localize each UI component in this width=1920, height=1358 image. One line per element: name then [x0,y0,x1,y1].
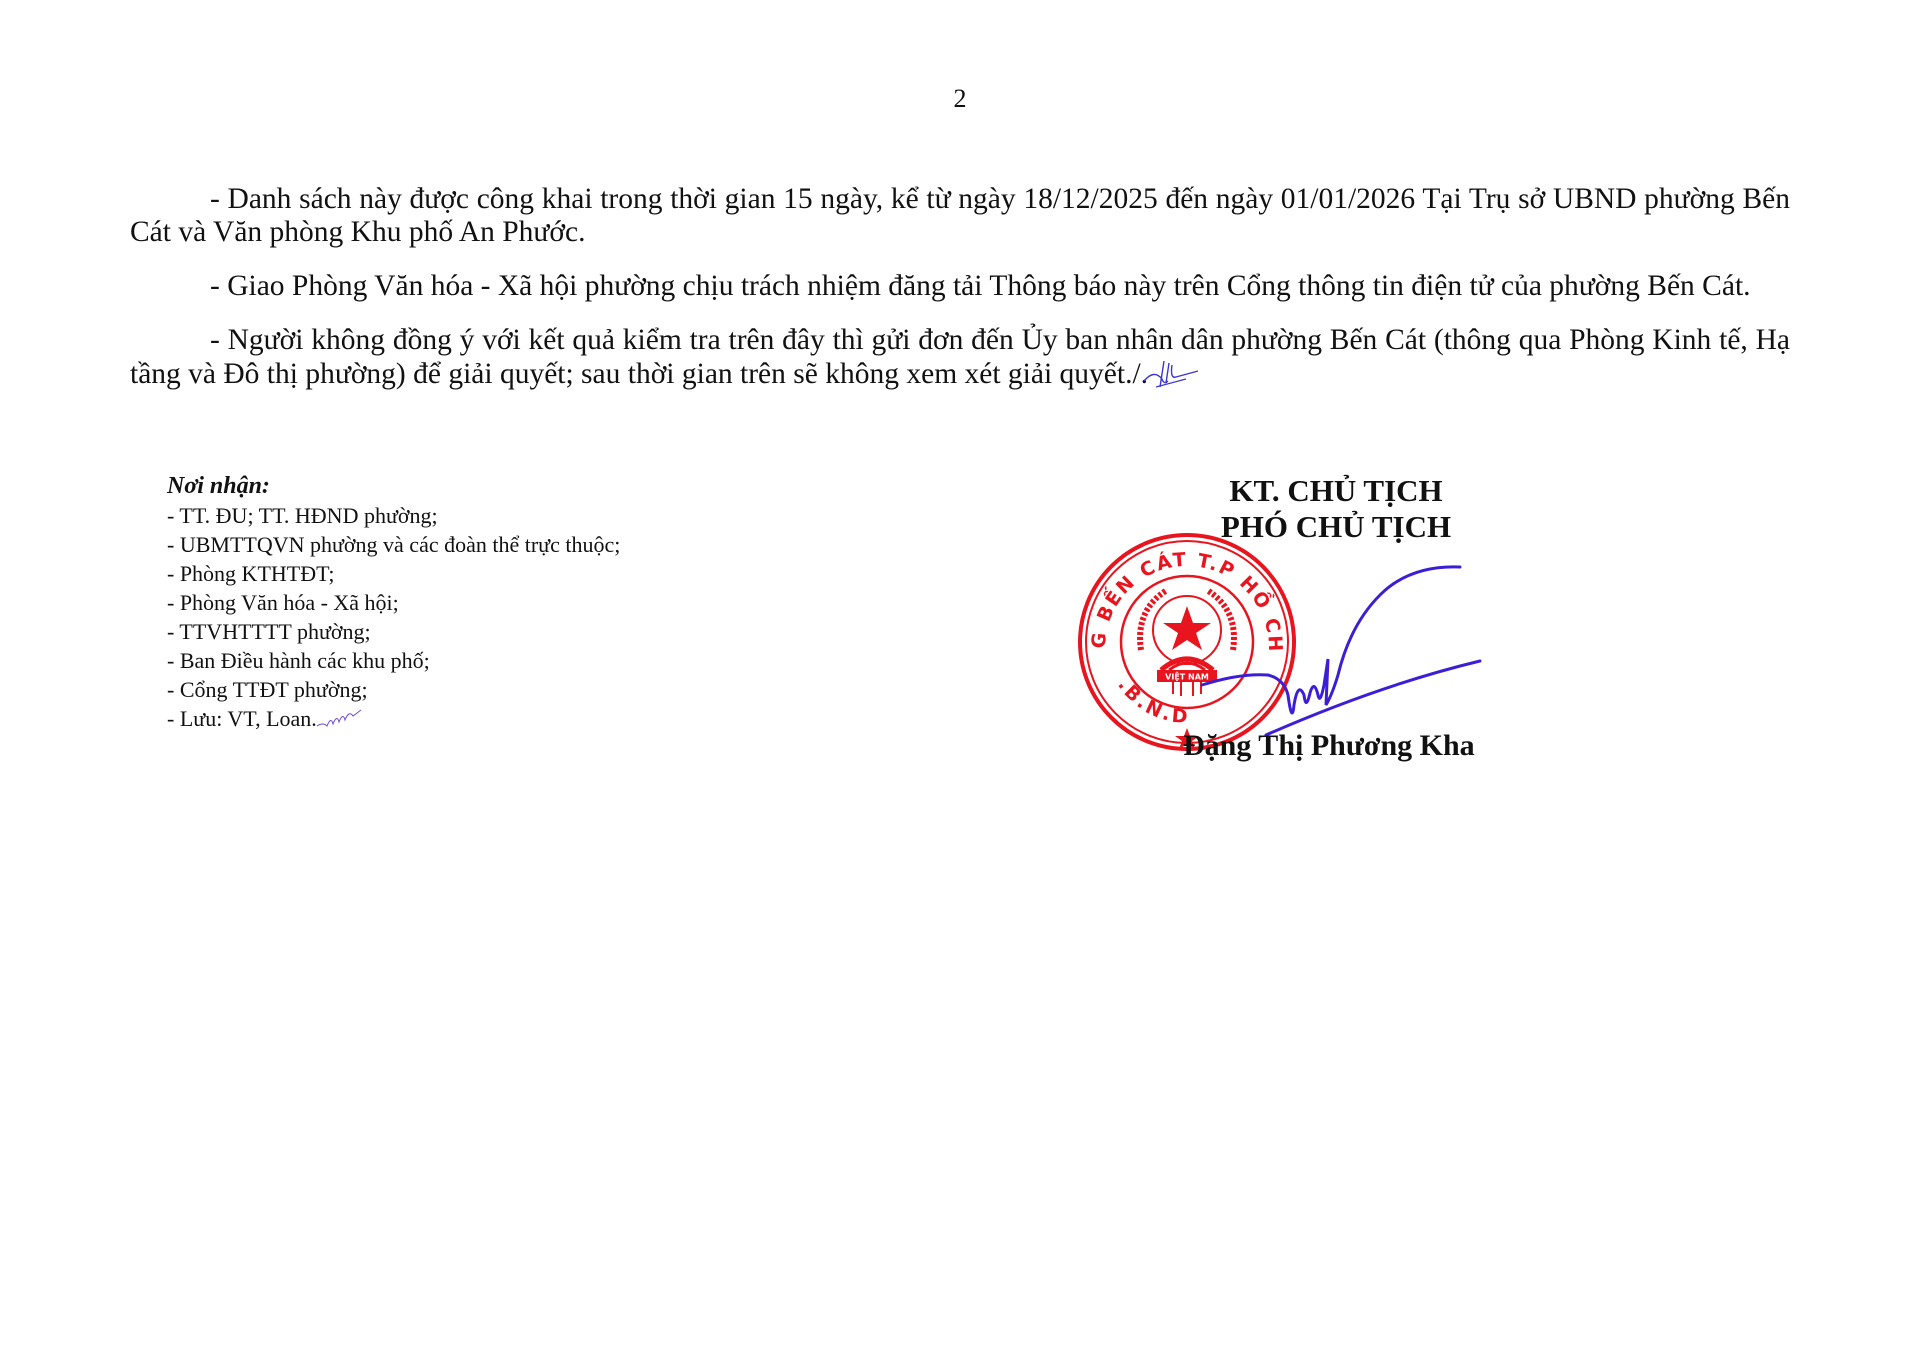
paragraph-complaint-procedure: - Người không đồng ý với kết quả kiểm tr… [130,324,1790,391]
recipients-list: Nơi nhận: - TT. ĐU; TT. HĐND phường; - U… [167,472,620,733]
body-text: - Danh sách này được công khai trong thờ… [130,183,1790,412]
recipient-text: - TT. ĐU; TT. HĐND phường; [167,503,438,528]
paragraph-public-notice: - Danh sách này được công khai trong thờ… [130,183,1790,249]
initials-mark-icon [1142,357,1202,391]
recipients-title: Nơi nhận: [167,472,620,501]
paragraph-publishing-responsibility: - Giao Phòng Văn hóa - Xã hội phường chị… [130,270,1790,303]
paragraph-text: - Giao Phòng Văn hóa - Xã hội phường chị… [210,270,1751,302]
initials-mark-icon [315,706,365,730]
recipient-text: - Phòng Văn hóa - Xã hội; [167,590,399,615]
paragraph-text: - Danh sách này được công khai trong thờ… [130,183,1790,248]
paragraph-text: - Người không đồng ý với kết quả kiểm tr… [130,324,1790,390]
recipient-item: - TTVHTTTT phường; [167,617,620,646]
signature-title-line1: KT. CHỦ TỊCH [1193,473,1479,509]
signer-name: Đặng Thị Phương Kha [1183,728,1475,764]
signature-block: KT. CHỦ TỊCH PHÓ CHỦ TỊCH PHƯỜNG BẾN CÁT… [1140,470,1540,770]
handwritten-signature-icon [1180,555,1510,745]
recipient-item: - UBMTTQVN phường và các đoàn thể trực t… [167,530,620,559]
recipient-text: - Phòng KTHTĐT; [167,561,334,586]
recipient-text: - Lưu: VT, Loan. [167,706,317,731]
recipient-text: - Ban Điều hành các khu phố; [167,648,430,673]
recipient-item: - Cổng TTĐT phường; [167,675,620,704]
recipient-item: - Lưu: VT, Loan. [167,704,620,733]
recipients-items: - TT. ĐU; TT. HĐND phường; - UBMTTQVN ph… [167,501,620,733]
recipient-text: - Cổng TTĐT phường; [167,677,368,702]
recipient-item: - Ban Điều hành các khu phố; [167,646,620,675]
recipient-item: - TT. ĐU; TT. HĐND phường; [167,501,620,530]
page-number: 2 [0,84,1920,114]
recipient-text: - TTVHTTTT phường; [167,619,371,644]
recipient-item: - Phòng KTHTĐT; [167,559,620,588]
recipient-item: - Phòng Văn hóa - Xã hội; [167,588,620,617]
recipient-text: - UBMTTQVN phường và các đoàn thể trực t… [167,532,620,557]
